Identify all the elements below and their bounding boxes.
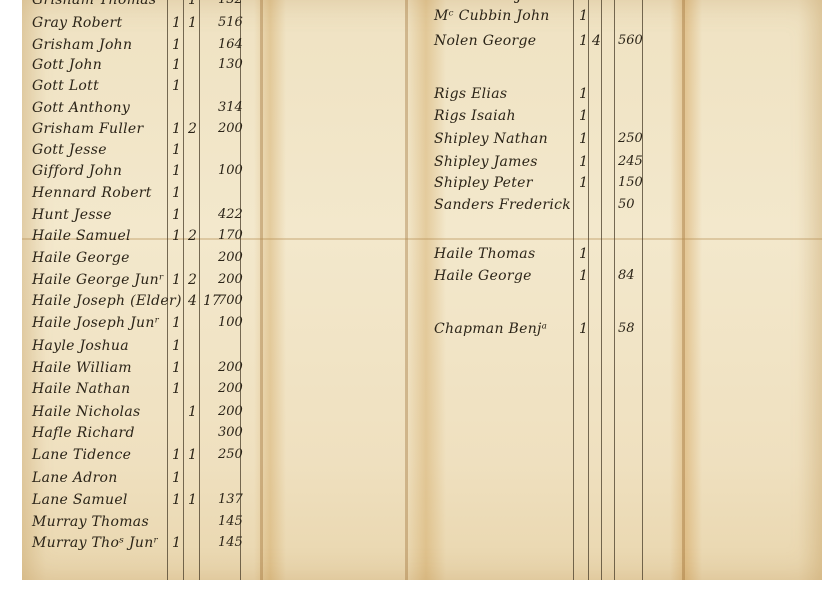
entry-name: Chapman Benjᵃ [434,321,547,337]
ledger-row: Lane Adron1 [22,470,822,492]
entry-name: Shipley Peter [434,175,533,191]
entry-name: Haile Nathan [32,381,130,397]
entry-amount: 200 [218,360,243,375]
entry-name: Murray Thoˢ Junʳ [32,535,159,551]
tally-col-2: 1 [188,447,197,463]
entry-amount: 200 [618,0,643,3]
entry-name: Nolen George [434,33,536,49]
tally-col-1: 1 [579,33,588,49]
ledger-row: Murray Thomas145 [22,514,822,536]
tally-col-1: 1 [579,8,588,24]
tally-col-1: 1 [579,268,588,284]
tally-col-1: 1 [579,131,588,147]
entry-amount: 150 [618,175,643,190]
entry-name: Lane Samuel [32,492,128,508]
tally-col-1: 1 [172,470,181,486]
ledger-row: Haile Joseph (Elder)417700 [22,293,822,315]
ledger-row: Haile George184 [22,268,822,290]
entry-amount: 130 [218,57,243,72]
ledger-paper: Grisham Thomas1132Gray Robert11516Grisha… [22,0,822,580]
tally-col-1: 1 [172,492,181,508]
entry-name: Hafle Richard [32,425,135,441]
tally-col-2: 1 [188,492,197,508]
entry-name: Haile Joseph (Elder) [32,293,182,309]
ledger-row: Lane Tidence11250 [22,447,822,469]
entry-amount: 145 [218,535,243,550]
ledger-row: Hafle Richard300 [22,425,822,447]
entry-amount: 700 [218,293,243,308]
entry-name: Shipley Nathan [434,131,548,147]
entry-amount: 50 [618,197,635,212]
entry-amount: 250 [218,447,243,462]
ledger-row: Lane Samuel11137 [22,492,822,514]
tally-col-1: 1 [172,381,181,397]
tally-col-1: 1 [172,447,181,463]
tally-col-1: 1 [579,154,588,170]
entry-name: Mᶜ Cubbin John [434,0,550,4]
entry-amount: 560 [618,33,643,48]
ledger-row: Murray Thoˢ Junʳ1145 [22,535,822,557]
ledger-row: Rigs Elias1 [22,86,822,108]
entry-name: Mᶜ Cubbin John [434,8,550,24]
tally-col-1: 1 [579,321,588,337]
entry-amount: 137 [218,492,243,507]
entry-name: Rigs Isaiah [434,108,516,124]
ledger-row: Gott John1130 [22,57,822,79]
tally-col-2: 2 [188,228,197,244]
entry-name: Haile Samuel [32,228,131,244]
tally-col-1: 1 [172,360,181,376]
ledger-row: Shipley Nathan1250 [22,131,822,153]
entry-amount: 250 [618,131,643,146]
entry-amount: 245 [618,154,643,169]
entry-name: Lane Tidence [32,447,131,463]
tally-col-1: 1 [579,246,588,262]
ledger-row: Haile Nathan1200 [22,381,822,403]
entry-name: Gott John [32,57,102,73]
tally-col-2: 1 [188,404,197,420]
ledger-row: Mᶜ Cubbin John1 [22,8,822,30]
entry-name: Shipley James [434,154,538,170]
tally-col-1: 1 [172,535,181,551]
entry-name: Murray Thomas [32,514,149,530]
ledger-row: Sanders Frederick50 [22,197,822,219]
entry-amount: 200 [218,381,243,396]
ledger-row: Chapman Benjᵃ158 [22,321,822,343]
entry-amount: 170 [218,228,243,243]
tally-col-1: 1 [172,228,181,244]
ledger-row: Haile Thomas1 [22,246,822,268]
tally-col-1: 1 [579,108,588,124]
entry-name: Haile Thomas [434,246,535,262]
entry-name: Haile George [434,268,532,284]
ledger-row: Rigs Isaiah1 [22,108,822,130]
tally-col-1: 1 [172,57,181,73]
entry-amount: 84 [618,268,635,283]
entry-name: Rigs Elias [434,86,507,102]
tally-col-2: 1 [592,0,601,4]
tally-col-2: 4 [188,293,197,309]
entry-amount: 200 [218,404,243,419]
tally-col-1: 1 [579,86,588,102]
entry-name: Lane Adron [32,470,118,486]
ledger-row: Shipley Peter1150 [22,175,822,197]
ledger-row: Haile Nicholas1200 [22,404,822,426]
ledger-row: Shipley James1245 [22,154,822,176]
entry-amount: 300 [218,425,243,440]
tally-col-2: 4 [592,33,601,49]
entry-amount: 145 [218,514,243,529]
entry-name: Sanders Frederick [434,197,571,213]
entry-amount: 58 [618,321,635,336]
tally-col-1: 1 [579,175,588,191]
entry-name: Haile Nicholas [32,404,140,420]
ledger-row: Nolen George14560 [22,33,822,55]
entry-name: Haile William [32,360,132,376]
ledger-row: Haile William1200 [22,360,822,382]
